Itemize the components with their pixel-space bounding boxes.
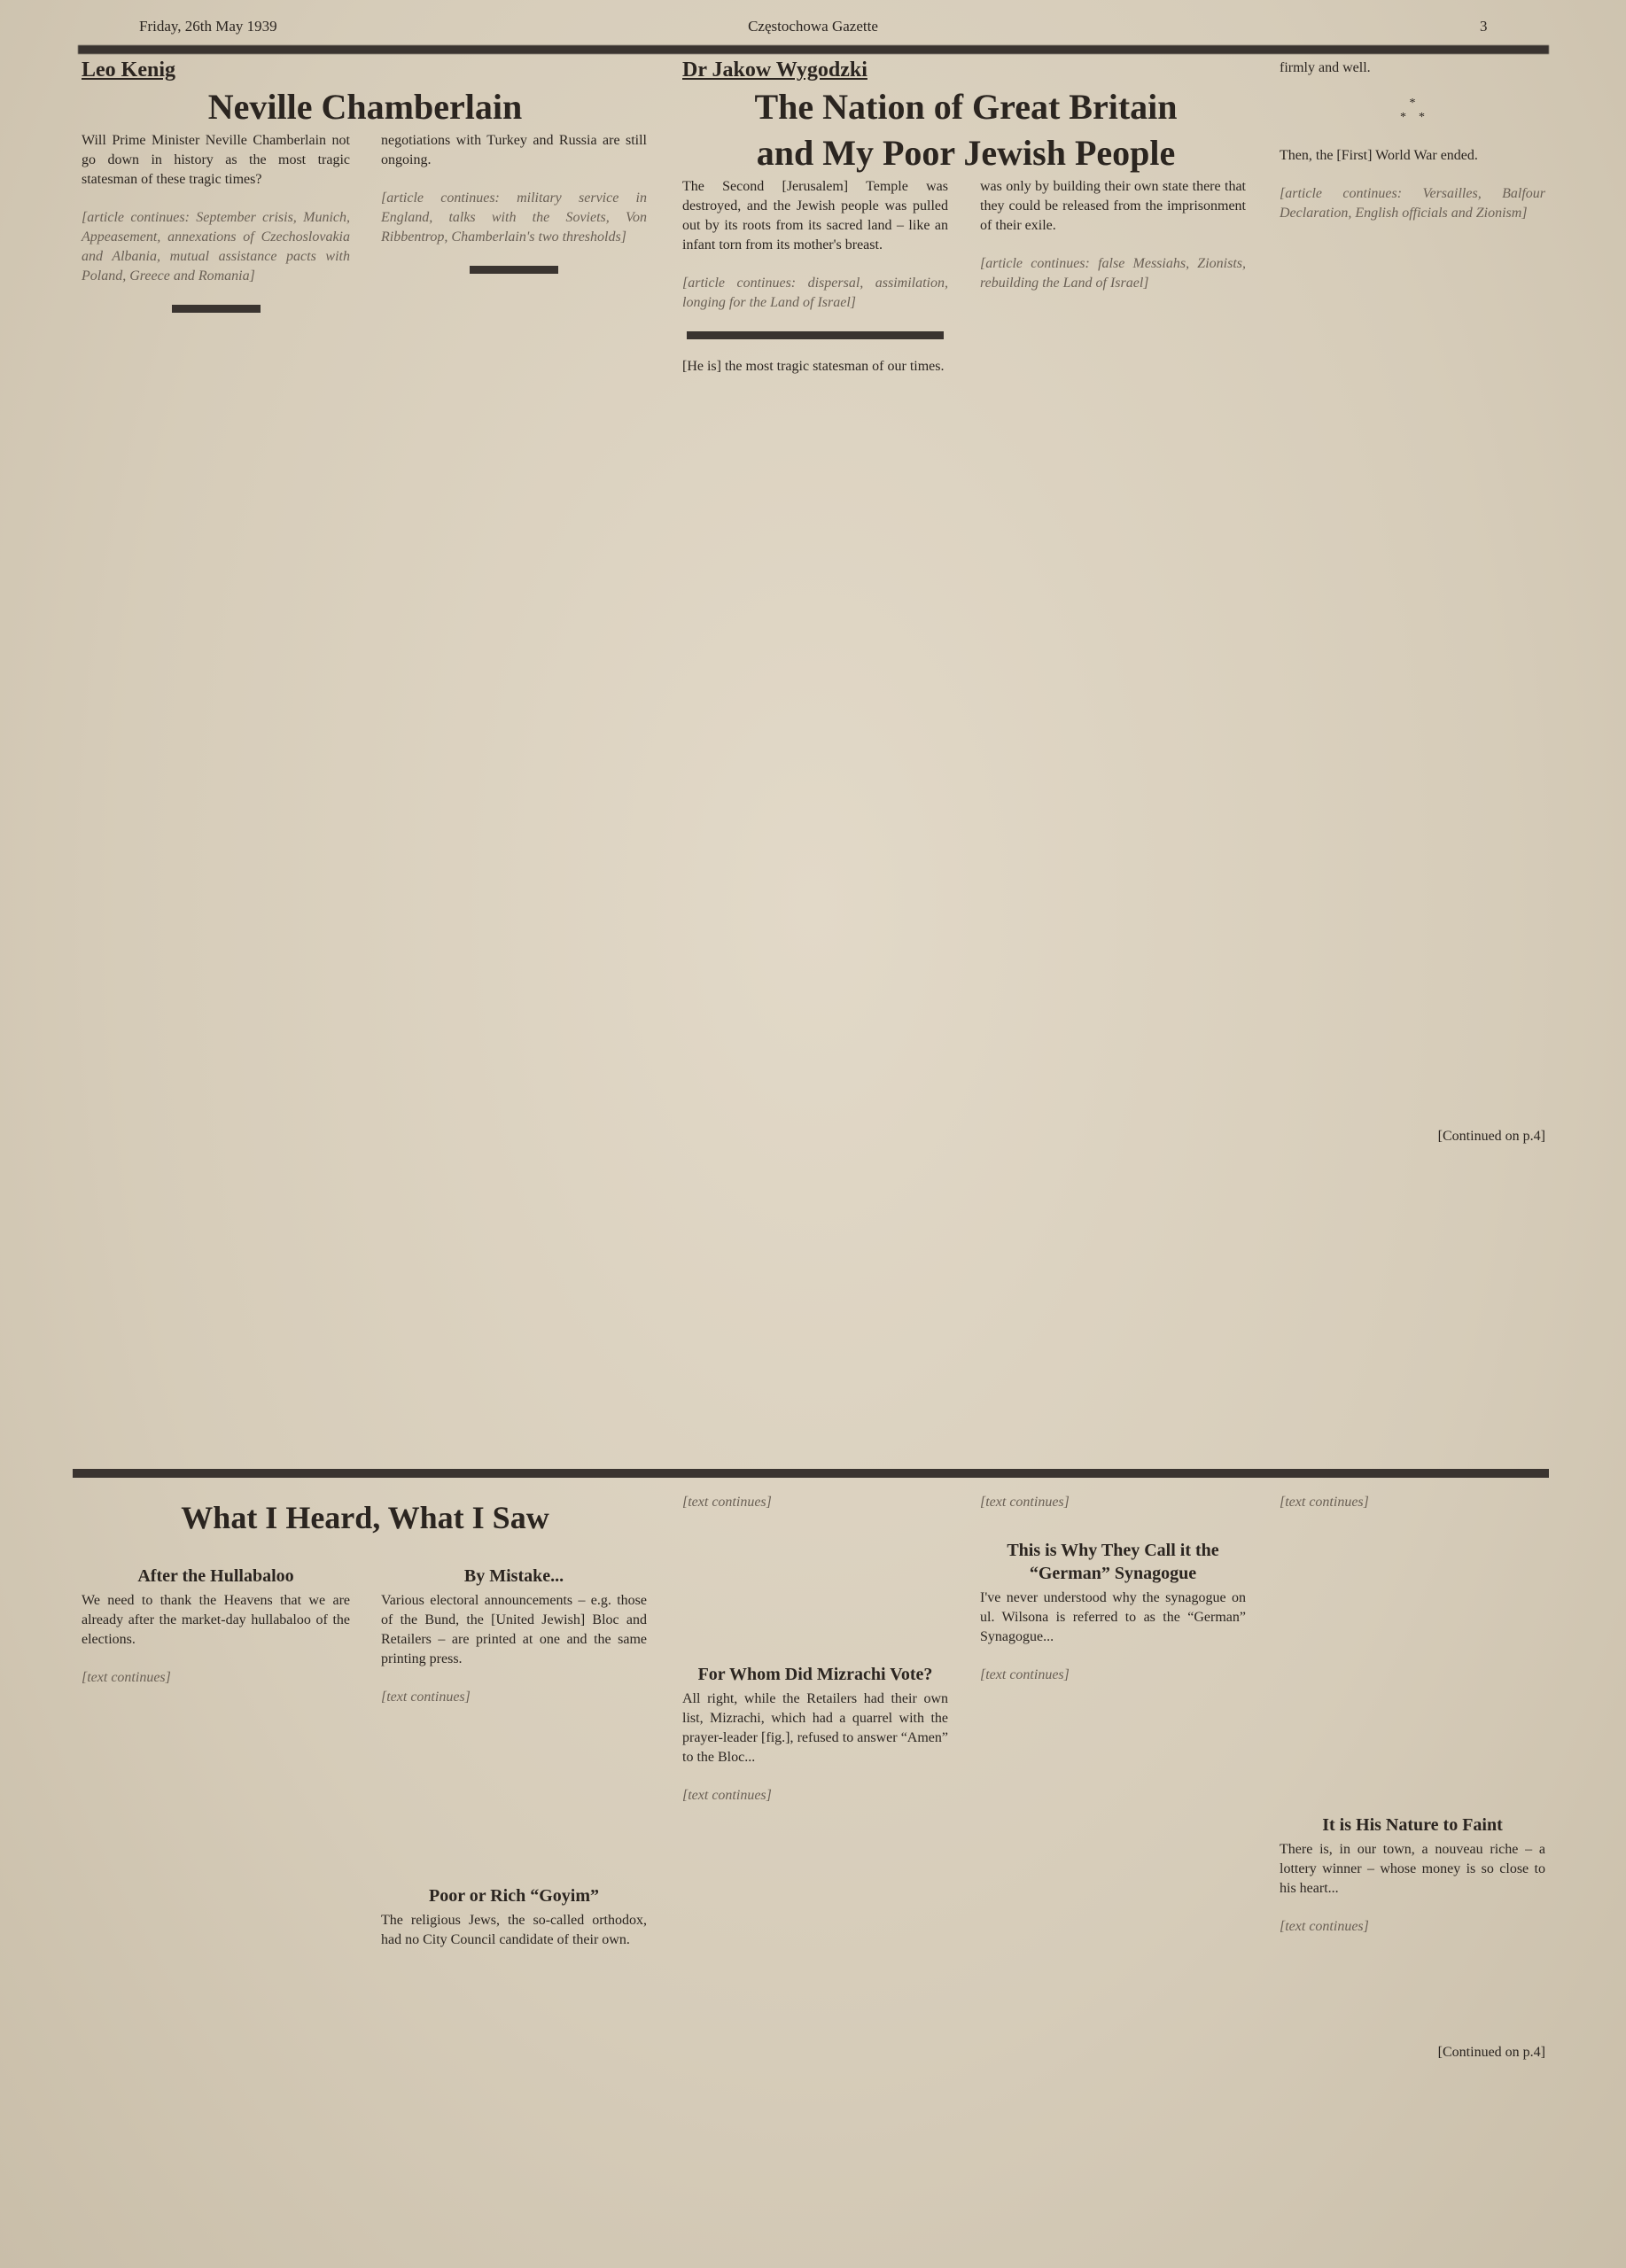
section-divider [687, 331, 944, 339]
page-header: Friday, 26th May 1939 Częstochowa Gazett… [0, 18, 1626, 44]
article2-col1: The Second [Jerusalem] Temple was destro… [682, 177, 948, 395]
article1-col2: negotiations with Turkey and Russia are … [381, 131, 647, 291]
item-by-mistake: By Mistake... Various electoral announce… [381, 1559, 647, 1969]
article2-title: The Nation of Great Britain and My Poor … [682, 84, 1249, 176]
page-number: 3 [1480, 18, 1488, 35]
item-nature-to-faint: [text continues] It is His Nature to Fai… [1280, 1493, 1545, 2081]
continued-note: [Continued on p.4] [1280, 1127, 1545, 1146]
continued-note: [Continued on p.4] [1280, 2043, 1545, 2062]
article2-byline: Dr Jakow Wygodzki [682, 58, 867, 82]
item-mizrachi: [text continues] For Whom Did Mizrachi V… [682, 1493, 948, 1824]
article1-col1: Will Prime Minister Neville Chamberlain … [82, 131, 350, 330]
item-after-hullabaloo: After the Hullabaloo We need to thank th… [82, 1559, 350, 1706]
article1-title: Neville Chamberlain [82, 84, 649, 130]
article2-col2: was only by building their own state the… [980, 177, 1246, 312]
header-rule [78, 45, 1549, 54]
newspaper-name: Częstochowa Gazette [0, 18, 1626, 35]
article1-byline: Leo Kenig [82, 58, 175, 82]
section-divider [172, 305, 261, 313]
item-german-synagogue: [text continues] This is Why They Call i… [980, 1493, 1246, 1704]
asterism-icon: ** * [1280, 97, 1545, 125]
section-rule [73, 1469, 1549, 1478]
section-title: What I Heard, What I Saw [82, 1497, 649, 1539]
article-end-divider [470, 266, 558, 274]
article2-col3: firmly and well. ** * Then, the [First] … [1280, 58, 1545, 1165]
